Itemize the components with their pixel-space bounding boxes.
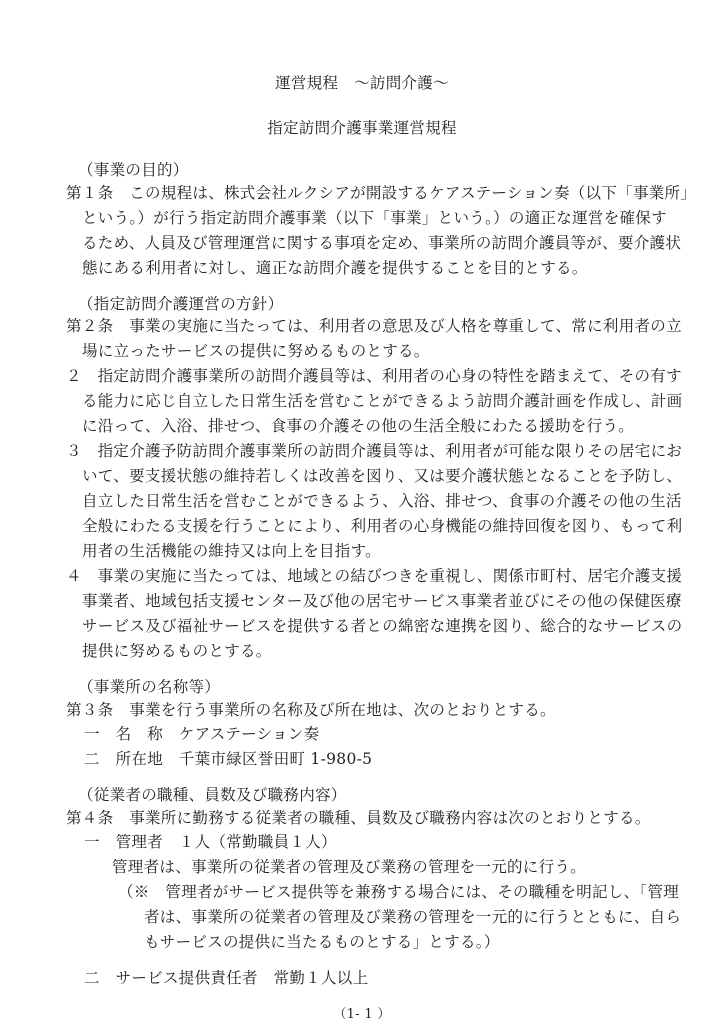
article-line: という。）が行う指定訪問介護事業（以下「事業」という。）の適正な運営を確保す [82,208,667,228]
article-line: （※ 管理者がサービス提供等を兼務する場合には、その職種を明記し、「管理 [118,882,679,902]
article-line: るため、人員及び管理運営に関する事項を定め、事業所の訪問介護員等が、要介護状 [82,233,681,253]
section-heading: （事業所の名称等） [78,677,220,697]
article-line: 自立した日常生活を営むことができるよう、入浴、排せつ、食事の介護その他の生活 [82,491,682,511]
article-line: る能力に応じ自立した日常生活を営むことができるよう訪問介護計画を作成し、計画 [82,391,682,411]
header-title: 運営規程 ～訪問介護～ [0,73,724,93]
article-line: 場に立ったサービスの提供に努めるものとする。 [82,341,430,361]
article-line: 提供に努めるものとする。 [82,641,272,661]
article-line: いて、要支援状態の維持若しくは改善を図り、又は要介護状態となることを予防し、 [82,466,682,486]
article-line: 二 所在地 千葉市緑区誉田町 1-980-5 [84,749,372,769]
article-line: に沿って、入浴、排せつ、食事の介護その他の生活全般にわたる援助を行う。 [82,416,634,436]
article-line: 第２条 事業の実施に当たっては、利用者の意思及び人格を尊重して、常に利用者の立 [66,316,682,336]
article-line: 態にある利用者に対し、適正な訪問介護を提供することを目的とする。 [82,258,588,278]
article-line: 第４条 事業所に勤務する従業者の職種、員数及び職務内容は次のとおりとする。 [66,808,651,828]
article-line: 全般にわたる支援を行うことにより、利用者の心身機能の維持回復を図り、もって利 [82,516,682,536]
article-line: もサービスの提供に当たるものとする」とする。） [144,932,500,952]
article-line: ３ 指定介護予防訪問介護事業所の訪問介護員等は、利用者が可能な限りその居宅にお [66,441,682,461]
article-line: ４ 事業の実施に当たっては、地域との結びつきを重視し、関係市町村、居宅介護支援 [66,566,682,586]
article-line: 用者の生活機能の維持又は向上を目指す。 [82,541,381,561]
document-title: 指定訪問介護事業運営規程 [0,118,724,138]
article-line: 第１条 この規程は、株式会社ルクシアが開設するケアステーション奏（以下「事業所」 [66,183,696,203]
section-heading: （事業の目的） [78,160,189,180]
article-line: 一 管理者 １人（常勤職員１人） [84,832,337,852]
article-line: 一 名 称 ケアステーション奏 [84,724,319,744]
section-heading: （指定訪問介護運営の方針） [78,294,283,314]
article-line: 管理者は、事業所の従業者の管理及び業務の管理を一元的に行う。 [112,857,586,877]
article-line: 第３条 事業を行う事業所の名称及び所在地は、次のとおりとする。 [66,700,556,720]
document-page: 運営規程 ～訪問介護～ 指定訪問介護事業運営規程 （事業の目的） 第１条 この規… [0,0,724,1024]
article-line: 者は、事業所の従業者の管理及び業務の管理を一元的に行うとともに、自ら [144,907,681,927]
article-line: 二 サービス提供責任者 常勤１人以上 [84,968,368,988]
article-line: 事業者、地域包括支援センター及び他の居宅サービス事業者並びにその他の保健医療 [82,591,682,611]
page-number: （1- 1 ） [0,1005,724,1024]
article-line: ２ 指定訪問介護事業所の訪問介護員等は、利用者の心身の特性を踏まえて、その有す [66,366,682,386]
article-line: サービス及び福祉サービスを提供する者との綿密な連携を図り、総合的なサービスの [82,616,682,636]
section-heading: （従業者の職種、員数及び職務内容） [78,785,347,805]
